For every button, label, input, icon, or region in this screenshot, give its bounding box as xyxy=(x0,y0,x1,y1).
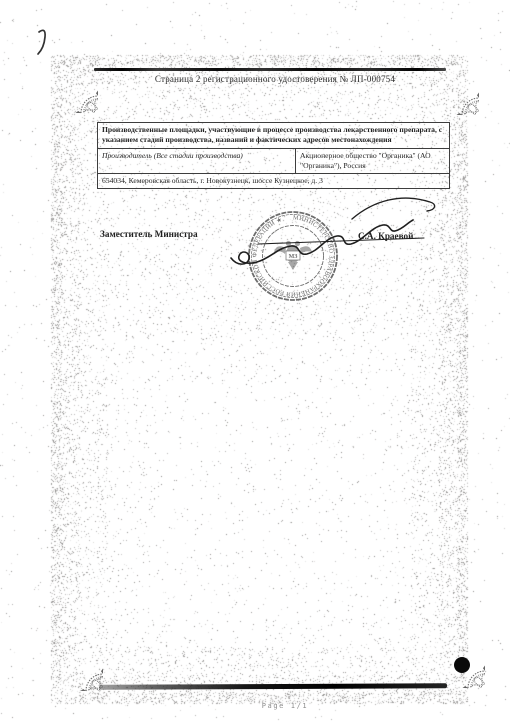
producer-value-cell: Акционерное общество "Органика" (АО "Орг… xyxy=(296,149,449,173)
bottom-rule xyxy=(99,683,447,690)
rosette-center-dot xyxy=(454,657,470,673)
table-title-cell: Производственные площадки, участвующие в… xyxy=(98,123,449,149)
pen-mark-icon xyxy=(28,24,62,64)
signer-title: Заместитель Министра xyxy=(100,229,198,239)
signature-scrawl xyxy=(200,185,450,275)
print-footer: Page 1/1 xyxy=(225,702,345,710)
page-header-text: Страница 2 регистрационного удостоверени… xyxy=(75,74,475,84)
scanned-certificate-page: Страница 2 регистрационного удостоверени… xyxy=(0,0,510,721)
manufacturing-table: Производственные площадки, участвующие в… xyxy=(97,122,450,189)
header-rule xyxy=(94,68,446,71)
producer-label-cell: Производитель (Все стадии производства) xyxy=(98,149,296,173)
rosette-ornament-icon xyxy=(57,645,103,691)
table-row: Производитель (Все стадии производства) … xyxy=(98,149,449,174)
